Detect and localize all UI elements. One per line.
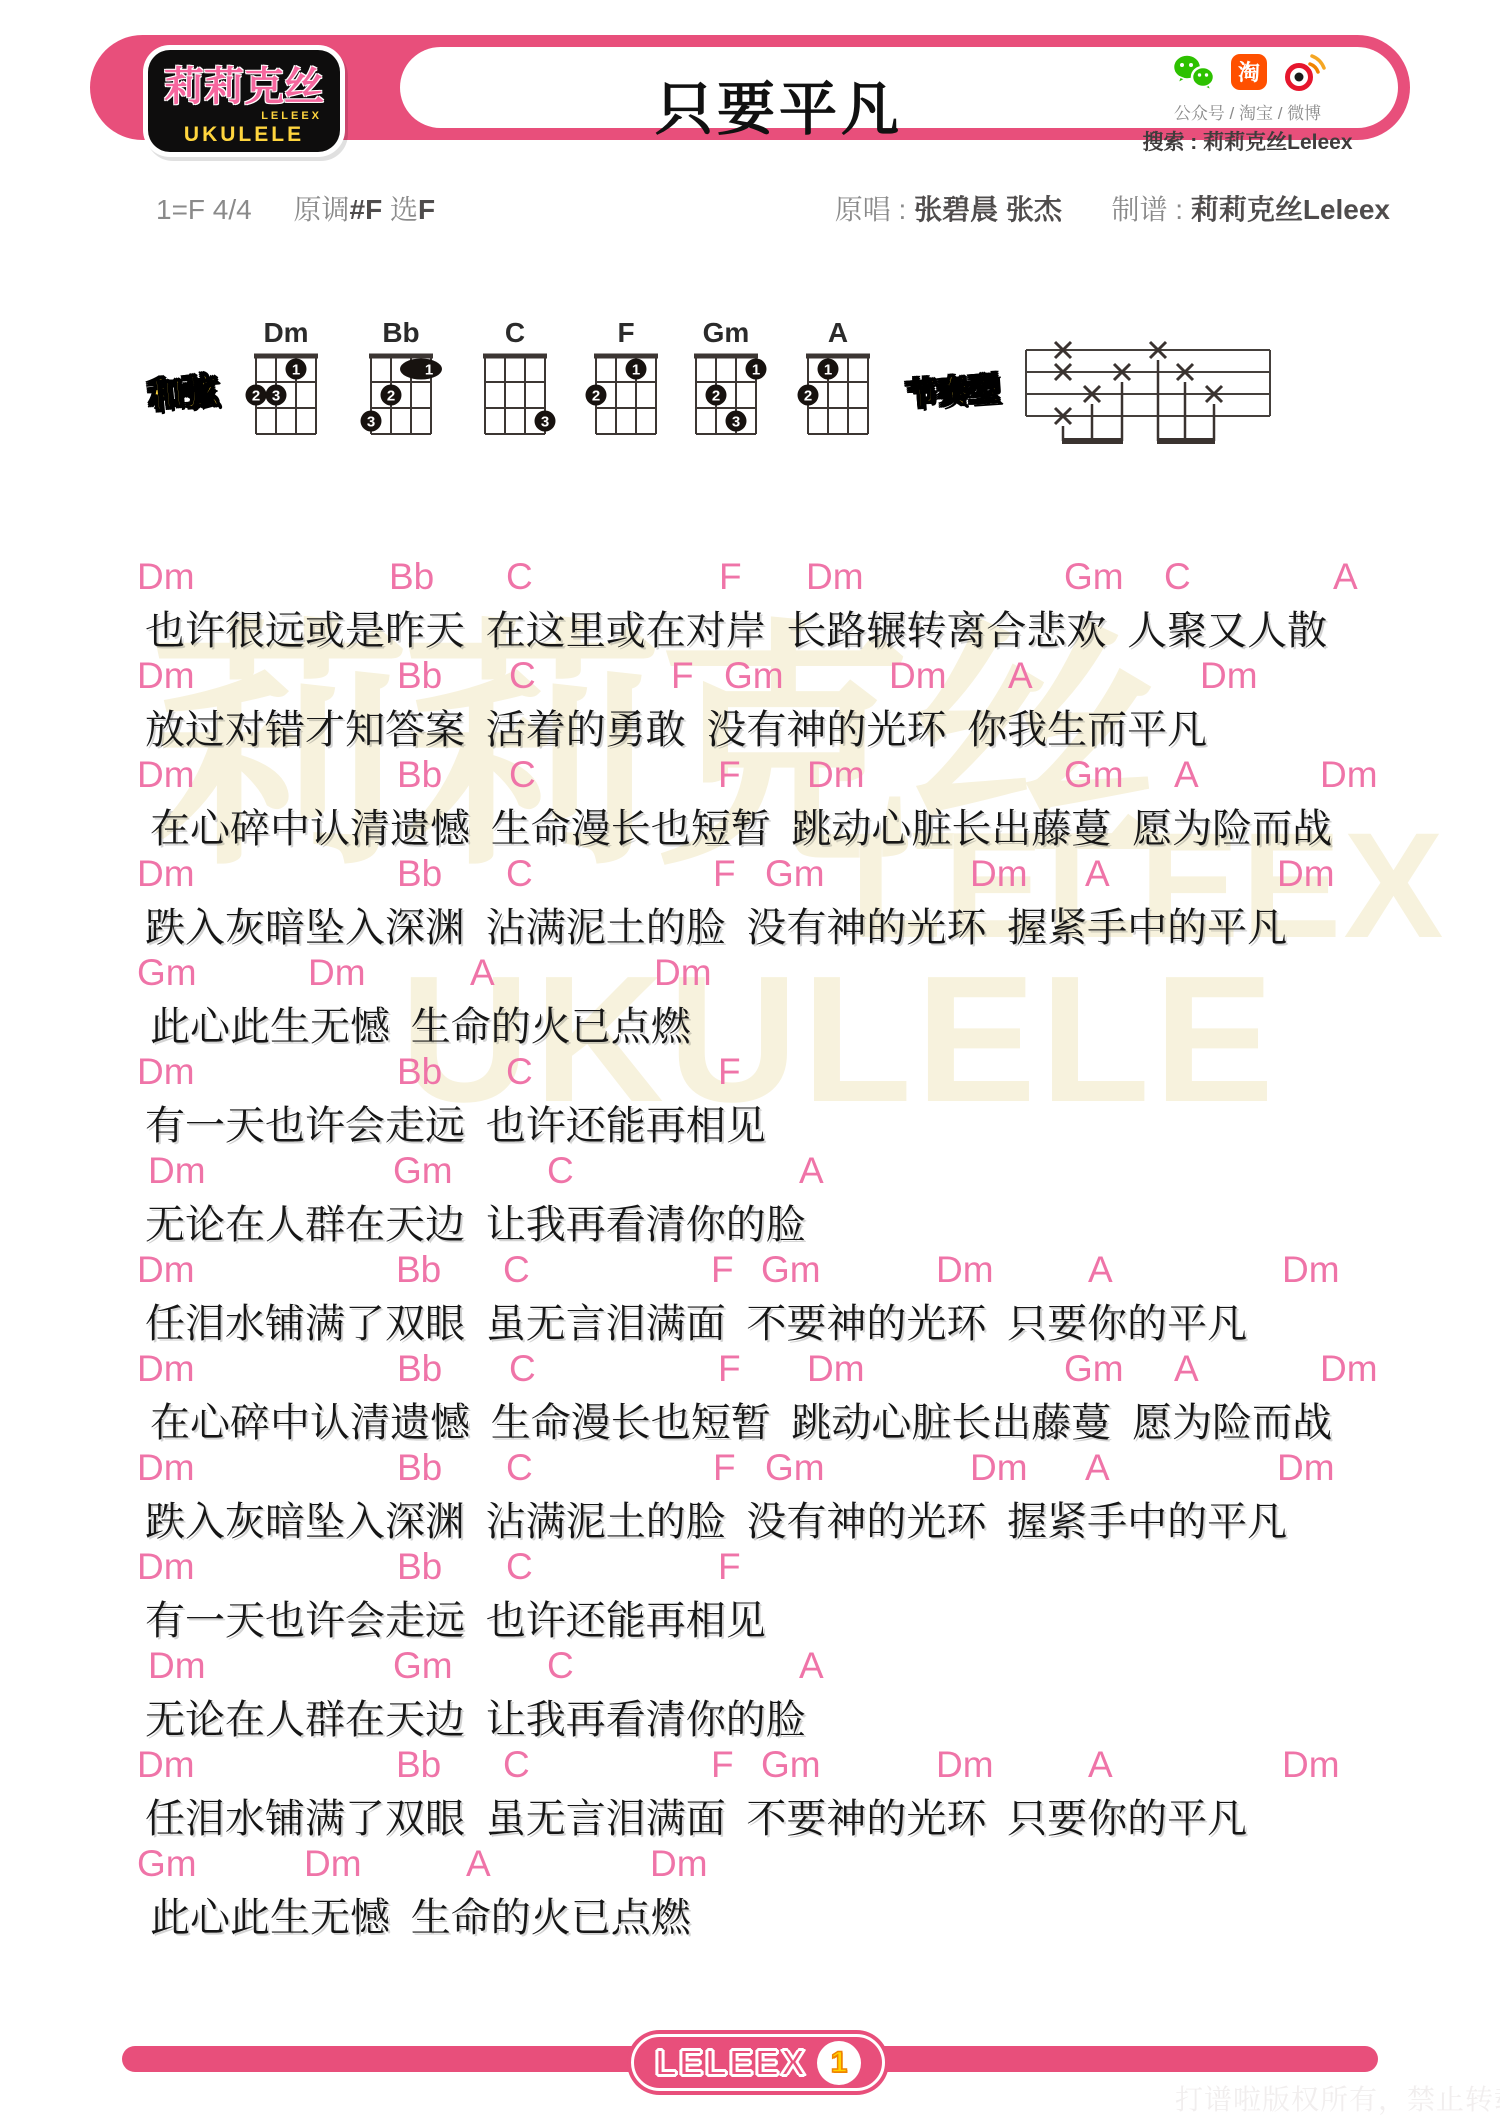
lyric-text: 在心碎中认清遗憾 生命漫长也短暂 跳动心脏长出藤蔓 愿为险而战 (150, 1391, 1332, 1448)
rhythm-section-label: 节奏型 (905, 363, 1001, 414)
key-signature: 1=F 4/4 原调#F 选F (156, 188, 435, 228)
chord-label: Dm (1282, 1249, 1340, 1291)
chord-label: Dm (650, 1843, 708, 1885)
chord-label: F (718, 1546, 741, 1588)
chord-diagram-name: Dm (242, 316, 330, 350)
svg-text:3: 3 (732, 414, 740, 431)
chord-label: Dm (137, 1348, 195, 1390)
chord-label: Dm (936, 1249, 994, 1291)
chord-label: A (1088, 1744, 1113, 1786)
chord-label: F (718, 1348, 741, 1390)
chord-label: C (503, 1744, 530, 1786)
brand-logo-cn: 莉莉克丝 (164, 55, 324, 112)
chord-diagram-name: A (794, 316, 882, 350)
chord-label: Dm (1320, 1348, 1378, 1390)
taobao-icon: 淘 (1230, 53, 1268, 96)
chord-label: Dm (137, 1447, 195, 1489)
chord-label: A (1174, 754, 1199, 796)
watermark-text-leleex: LELEEX (850, 810, 1445, 960)
chord-label: Dm (1200, 655, 1258, 697)
svg-text:3: 3 (541, 414, 549, 431)
chord-label: A (1085, 1447, 1110, 1489)
lyric-text: 任泪水铺满了双眼 虽无言泪满面 不要神的光环 只要你的平凡 (145, 1787, 1247, 1844)
chord-label: Dm (1282, 1744, 1340, 1786)
chord-diagram-Gm: Gm123 (682, 316, 770, 450)
svg-text:1: 1 (824, 362, 832, 379)
chord-label: C (547, 1150, 574, 1192)
chords-section-label: 和弦 (146, 363, 220, 419)
chord-label: Dm (148, 1645, 206, 1687)
brand-logo-en: UKULELE (184, 123, 304, 147)
song-title: 只要平凡 (655, 62, 903, 146)
chord-label: Dm (1320, 754, 1378, 796)
song-line: DmGmCA无论在人群在天边 让我再看清你的脸 (0, 1645, 1500, 1741)
svg-text:淘: 淘 (1237, 60, 1259, 86)
lyric-text: 任泪水铺满了双眼 虽无言泪满面 不要神的光环 只要你的平凡 (145, 1292, 1247, 1349)
chord-label: Gm (137, 952, 197, 994)
chord-label: Bb (397, 1546, 442, 1588)
social-search-text: 搜索 : 莉莉克丝Leleex (1140, 126, 1355, 156)
chord-label: Dm (137, 1249, 195, 1291)
chord-label: C (506, 1546, 533, 1588)
chord-label: Gm (761, 1744, 821, 1786)
svg-text:1: 1 (425, 362, 433, 379)
chord-label: F (719, 556, 742, 598)
lyric-text: 无论在人群在天边 让我再看清你的脸 (145, 1193, 806, 1250)
chord-label: C (503, 1249, 530, 1291)
song-line: DmGmCA无论在人群在天边 让我再看清你的脸 (0, 1150, 1500, 1246)
chord-label: Bb (397, 1348, 442, 1390)
chord-label: C (1164, 556, 1191, 598)
brand-logo: 莉莉克丝 LELEEX UKULELE (148, 50, 340, 152)
wechat-icon (1170, 52, 1216, 97)
weibo-icon (1282, 52, 1326, 97)
chord-label: Bb (397, 1447, 442, 1489)
song-line: GmDmADm此心此生无憾 生命的火已点燃 (0, 1843, 1500, 1939)
chord-label: A (466, 1843, 491, 1885)
chord-label: Gm (761, 1249, 821, 1291)
chord-diagram-A: A12 (794, 316, 882, 450)
song-line: DmBbCFDmGmADm在心碎中认清遗憾 生命漫长也短暂 跳动心脏长出藤蔓 愿… (0, 1348, 1500, 1444)
brand-logo-sub: LELEEX (261, 110, 322, 122)
chord-label: Gm (765, 1447, 825, 1489)
chord-label: F (711, 1744, 734, 1786)
svg-text:2: 2 (712, 388, 720, 405)
chord-label: F (711, 1249, 734, 1291)
chord-label: Dm (137, 1744, 195, 1786)
chord-label: Dm (148, 1150, 206, 1192)
lyric-text: 无论在人群在天边 让我再看清你的脸 (145, 1688, 806, 1745)
chord-label: Gm (393, 1645, 453, 1687)
chord-label: Dm (308, 952, 366, 994)
chord-label: A (799, 1645, 824, 1687)
chord-label: A (1088, 1249, 1113, 1291)
rhythm-pattern (1020, 338, 1282, 461)
chord-label: F (713, 1447, 736, 1489)
chord-label: Dm (970, 1447, 1028, 1489)
song-line: DmBbCFGmDmADm跌入灰暗坠入深渊 沾满泥土的脸 没有神的光环 握紧手中… (0, 1447, 1500, 1543)
chord-diagram-C: C3 (471, 316, 559, 450)
chord-label: Dm (936, 1744, 994, 1786)
chord-label: A (799, 1150, 824, 1192)
chord-label: Gm (393, 1150, 453, 1192)
song-line: DmBbCFGmDmADm任泪水铺满了双眼 虽无言泪满面 不要神的光环 只要你的… (0, 1744, 1500, 1840)
svg-text:1: 1 (292, 362, 300, 379)
footer-brand-pill: LELEEX 1 (627, 2030, 889, 2095)
lyric-text: 此心此生无憾 生命的火已点燃 (150, 1886, 691, 1943)
chord-diagram-Bb: Bb123 (357, 316, 445, 450)
chord-label: C (506, 1447, 533, 1489)
chord-label: Gm (137, 1843, 197, 1885)
chord-diagram-F: F12 (582, 316, 670, 450)
chord-label: A (1333, 556, 1358, 598)
chord-diagram-name: Bb (357, 316, 445, 350)
chord-label: Dm (304, 1843, 362, 1885)
chord-label: C (506, 556, 533, 598)
chord-label: Dm (137, 1546, 195, 1588)
song-line: DmBbCF有一天也许会走远 也许还能再相见 (0, 1546, 1500, 1642)
chord-label: C (547, 1645, 574, 1687)
chord-label: Gm (1064, 1348, 1124, 1390)
footer-brand-text: LELEEX (655, 2042, 807, 2084)
chord-label: Dm (1277, 1447, 1335, 1489)
page-number-badge: 1 (817, 2041, 861, 2085)
chord-label: Gm (1064, 556, 1124, 598)
svg-text:2: 2 (804, 388, 812, 405)
lyric-text: 有一天也许会走远 也许还能再相见 (145, 1589, 766, 1646)
svg-text:1: 1 (752, 362, 760, 379)
chord-diagram-name: Gm (682, 316, 770, 350)
credits: 原唱 : 张碧晨 张杰 制谱 : 莉莉克丝Leleex (835, 188, 1390, 228)
chord-label: Bb (396, 1744, 441, 1786)
svg-text:1: 1 (632, 362, 640, 379)
song-line: DmBbCFGmDmADm任泪水铺满了双眼 虽无言泪满面 不要神的光环 只要你的… (0, 1249, 1500, 1345)
lyric-text: 跌入灰暗坠入深渊 沾满泥土的脸 没有神的光环 握紧手中的平凡 (145, 1490, 1287, 1547)
chord-sheet-page: 莉莉克丝 LELEEX UKULELE 只要平凡 莉莉克丝 LELEEX UKU… (0, 0, 1500, 2123)
chord-diagram-name: F (582, 316, 670, 350)
chord-label: Dm (137, 1051, 195, 1093)
chord-diagram-name: C (471, 316, 559, 350)
svg-text:2: 2 (592, 388, 600, 405)
chord-label: Dm (137, 556, 195, 598)
svg-text:2: 2 (387, 388, 395, 405)
social-platform-labels: 公众号 / 淘宝 / 微博 (1140, 99, 1355, 124)
watermark-text-ukulele: UKULELE (400, 950, 1278, 1130)
chord-label: C (509, 1348, 536, 1390)
chord-label: Dm (807, 1348, 865, 1390)
svg-text:3: 3 (367, 414, 375, 431)
social-block: 淘 公众号 / 淘宝 / 微博 搜索 : 莉莉克丝Leleex (1140, 52, 1355, 156)
chord-label: A (1174, 1348, 1199, 1390)
chord-label: Bb (396, 1249, 441, 1291)
copyright-watermark: 打谱啦版权所有，禁止转载 (1175, 2078, 1500, 2118)
svg-text:3: 3 (272, 388, 280, 405)
svg-text:2: 2 (252, 388, 260, 405)
chord-label: Bb (389, 556, 434, 598)
chord-diagram-Dm: Dm123 (242, 316, 330, 450)
chord-label: Dm (806, 556, 864, 598)
